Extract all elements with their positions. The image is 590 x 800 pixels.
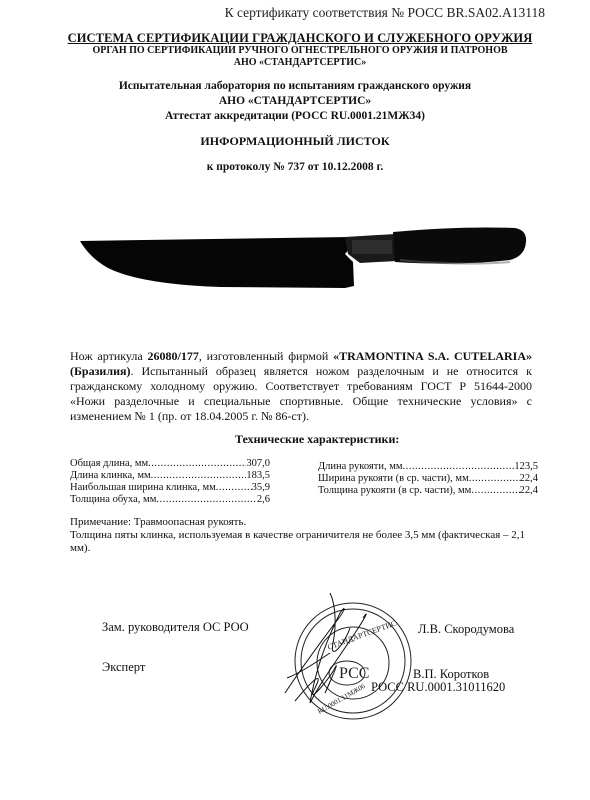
knife-blade	[80, 237, 354, 288]
expert-registration-number: РОСС RU.0001.31011620	[371, 680, 505, 695]
official-stamp: РСС СТАНДАРТСЕРТИС RU.0001.11МЖ06	[275, 583, 445, 733]
laboratory-org: АНО «СТАНДАРТСЕРТИС»	[80, 95, 510, 107]
knife-photo	[60, 210, 540, 310]
signature-role-expert: Эксперт	[102, 660, 145, 675]
spec-value: 22,4	[520, 485, 538, 497]
spec-value: 35,9	[252, 482, 270, 494]
spec-value: 22,4	[520, 473, 538, 485]
protocol-reference: к протоколу № 737 от 10.12.2008 г.	[80, 161, 510, 173]
spec-row: Ширина рукояти (в ср. части), мм22,4	[318, 473, 538, 485]
description-text: Нож артикула	[70, 349, 148, 363]
accreditation-certificate: Аттестат аккредитации (РОСС RU.0001.21МЖ…	[80, 110, 510, 122]
spec-row: Длина рукояти, мм123,5	[318, 461, 538, 473]
knife-description: Нож артикула 26080/177, изготовленный фи…	[70, 349, 532, 424]
spec-label: Длина клинка, мм	[70, 470, 151, 482]
tech-specs-title: Технические характеристики:	[235, 432, 399, 447]
specs-left-column: Общая длина, мм307,0 Длина клинка, мм183…	[70, 458, 270, 506]
description-text: , изготовленный фирмой	[199, 349, 333, 363]
spec-label: Общая длина, мм	[70, 458, 148, 470]
specs-right-column: Длина рукояти, мм123,5 Ширина рукояти (в…	[318, 461, 538, 497]
document-title: ИНФОРМАЦИОННЫЙ ЛИСТОК	[80, 134, 510, 149]
stamp-logo: РСС	[339, 665, 369, 682]
laboratory-name: Испытательная лаборатория по испытаниям …	[80, 80, 510, 92]
article-number: 26080/177	[148, 349, 199, 363]
spec-label: Длина рукояти, мм	[318, 461, 402, 473]
spec-label: Толщина обуха, мм	[70, 494, 156, 506]
signature-role-deputy: Зам. руководителя ОС РОО	[102, 620, 249, 635]
spec-row: Толщина обуха, мм2,6	[70, 494, 270, 506]
certificate-reference: К сертификату соответствия № РОСС BR.SA0…	[225, 5, 545, 21]
certification-organ: ОРГАН ПО СЕРТИФИКАЦИИ РУЧНОГО ОГНЕСТРЕЛЬ…	[60, 45, 540, 56]
manufacturer: «TRAMONTINA S.A. CUTELARIA»	[333, 349, 532, 363]
organization-name: АНО «СТАНДАРТСЕРТИС»	[60, 57, 540, 68]
country: (Бразилия)	[70, 364, 130, 378]
note: Примечание: Травмоопасная рукоять. Толщи…	[70, 516, 540, 555]
spec-row: Толщина рукояти (в ср. части), мм22,4	[318, 485, 538, 497]
spec-row: Наибольшая ширина клинка, мм35,9	[70, 482, 270, 494]
certification-system-title: СИСТЕМА СЕРТИФИКАЦИИ ГРАЖДАНСКОГО И СЛУЖ…	[60, 31, 540, 46]
spec-value: 307,0	[246, 458, 270, 470]
signatory-name-deputy: Л.В. Скородумова	[418, 622, 514, 637]
spec-value: 2,6	[257, 494, 270, 506]
spec-value: 123,5	[514, 461, 538, 473]
stamp-org: СТАНДАРТСЕРТИС	[326, 618, 398, 651]
spec-row: Длина клинка, мм183,5	[70, 470, 270, 482]
spec-value: 183,5	[246, 470, 270, 482]
spec-label: Ширина рукояти (в ср. части), мм	[318, 473, 469, 485]
spec-row: Общая длина, мм307,0	[70, 458, 270, 470]
note-line: Толщина пяты клинка, используемая в каче…	[70, 529, 540, 555]
note-line: Примечание: Травмоопасная рукоять.	[70, 516, 540, 529]
knife-handle	[393, 228, 526, 264]
spec-label: Наибольшая ширина клинка, мм	[70, 482, 216, 494]
spec-label: Толщина рукояти (в ср. части), мм	[318, 485, 471, 497]
description-text: . Испытанный образец является ножом разд…	[70, 364, 532, 423]
